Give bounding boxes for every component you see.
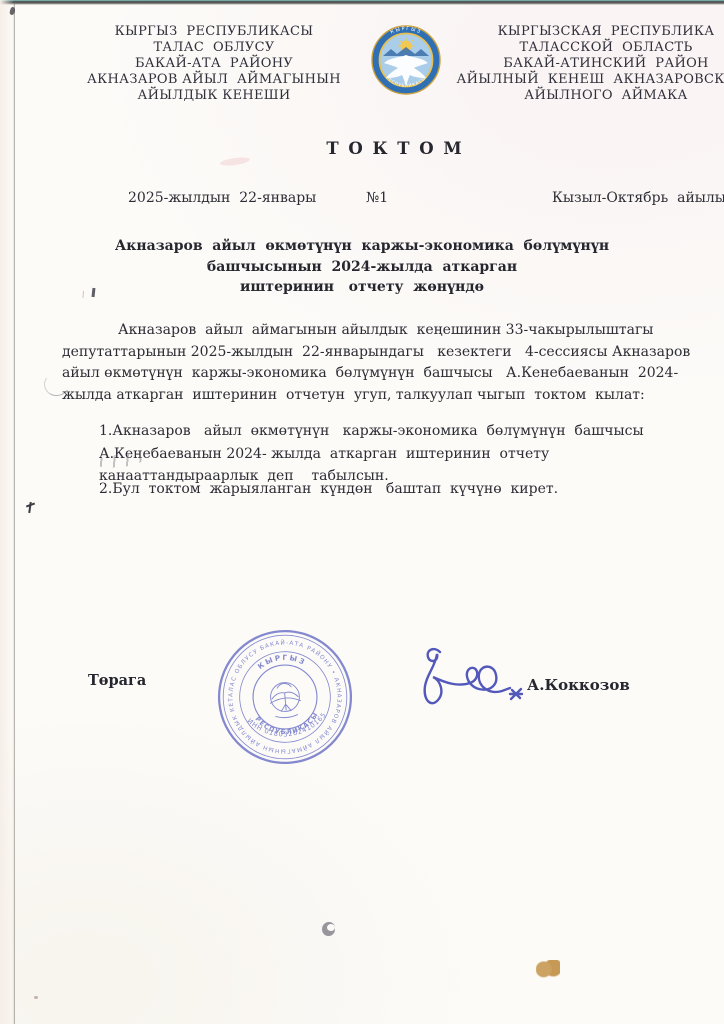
- scanned-document-page: КЫРГЫЗ РЕСПУБЛИКАСЫ ТАЛАС ОБЛУСУ БАКАЙ-А…: [0, 0, 724, 1024]
- decree-item-2: 2.Бул токтом жарыяланган күндөн баштап к…: [99, 478, 701, 501]
- subject-line: башчысынын 2024-жылда аткарган: [42, 257, 682, 278]
- stamp-center-emblem: [268, 681, 302, 719]
- document-title: Т О К Т О М: [0, 139, 724, 158]
- body-paragraph: Акназаров айыл аймагынын айылдык кеңешин…: [62, 320, 702, 406]
- stamp-ring-text: ТАЛАС ОБЛУСУ БАКАЙ-АТА РАЙОНУ • АКНАЗАРО…: [210, 622, 346, 759]
- scan-artifact-dot: [34, 996, 38, 999]
- letterhead-kyrgyz: КЫРГЫЗ РЕСПУБЛИКАСЫ ТАЛАС ОБЛУСУ БАКАЙ-А…: [54, 24, 374, 104]
- meta-row: 2025-жылдын 22-январы №1 Кызыл-Октябрь а…: [0, 190, 724, 212]
- scan-artifact-ink: [26, 502, 35, 513]
- document-place: Кызыл-Октябрь айылы: [552, 190, 724, 206]
- letterhead-line: БАКАЙ-АТИНСКИЙ РАЙОН: [456, 56, 724, 72]
- letterhead-russian: КЫРГЫЗСКАЯ РЕСПУБЛИКА ТАЛАССКОЙ ОБЛАСТЬ …: [456, 24, 724, 104]
- letterhead-line: АЙЫЛДЫК КЕНЕШИ: [54, 88, 374, 104]
- scan-artifact-blot: [322, 922, 335, 936]
- official-stamp-svg: ТАЛАС ОБЛУСУ БАКАЙ-АТА РАЙОНУ • АКНАЗАРО…: [210, 622, 360, 772]
- svg-text:КЫРГЫЗ: КЫРГЫЗ: [255, 651, 309, 672]
- stamp-inner-top-text: КЫРГЫЗ: [255, 651, 309, 672]
- letterhead-line: КЫРГЫЗ РЕСПУБЛИКАСЫ: [54, 24, 374, 40]
- kyrgyz-emblem-svg: КЫРГЫЗ РЕСПУБЛИКАСЫ: [371, 25, 441, 95]
- letterhead-line: АЙЫЛНЫЙ КЕНЕШ АКНАЗАРОВСКОГО: [456, 72, 724, 88]
- letterhead: КЫРГЫЗ РЕСПУБЛИКАСЫ ТАЛАС ОБЛУСУ БАКАЙ-А…: [0, 22, 724, 122]
- signer-name: А.Коккозов: [527, 676, 630, 694]
- letterhead-line: КЫРГЫЗСКАЯ РЕСПУБЛИКА: [456, 24, 724, 40]
- signature-scribble: [418, 642, 536, 742]
- letterhead-line: АКНАЗАРОВ АЙЫЛ АЙМАГЫНЫН: [54, 72, 374, 88]
- subject-heading: Акназаров айыл өкмөтүнүн каржы-экономика…: [42, 236, 682, 298]
- official-stamp: ТАЛАС ОБЛУСУ БАКАЙ-АТА РАЙОНУ • АКНАЗАРО…: [210, 622, 360, 772]
- signature-svg: [418, 642, 536, 742]
- scan-artifact-stain: [536, 960, 560, 978]
- letterhead-line: БАКАЙ-АТА РАЙОНУ: [54, 56, 374, 72]
- letterhead-line: АЙЫЛНОГО АЙМАКА: [456, 88, 724, 104]
- document-date: 2025-жылдын 22-январы: [128, 190, 316, 206]
- subject-line: Акназаров айыл өкмөтүнүн каржы-экономика…: [42, 236, 682, 257]
- letterhead-line: ТАЛАС ОБЛУСУ: [54, 40, 374, 56]
- chairman-label: Төрага: [88, 672, 146, 689]
- document-number: №1: [366, 190, 388, 206]
- letterhead-line: ТАЛАССКОЙ ОБЛАСТЬ: [456, 40, 724, 56]
- subject-line: иштеринин отчету жөнүндө: [42, 277, 682, 298]
- svg-text:ТАЛАС ОБЛУСУ БАКАЙ-АТА РАЙОНУ: ТАЛАС ОБЛУСУ БАКАЙ-АТА РАЙОНУ • АКНАЗАРО…: [210, 622, 346, 759]
- scan-edge-top: [0, 0, 724, 5]
- kyrgyz-emblem-icon: КЫРГЫЗ РЕСПУБЛИКАСЫ: [371, 25, 441, 95]
